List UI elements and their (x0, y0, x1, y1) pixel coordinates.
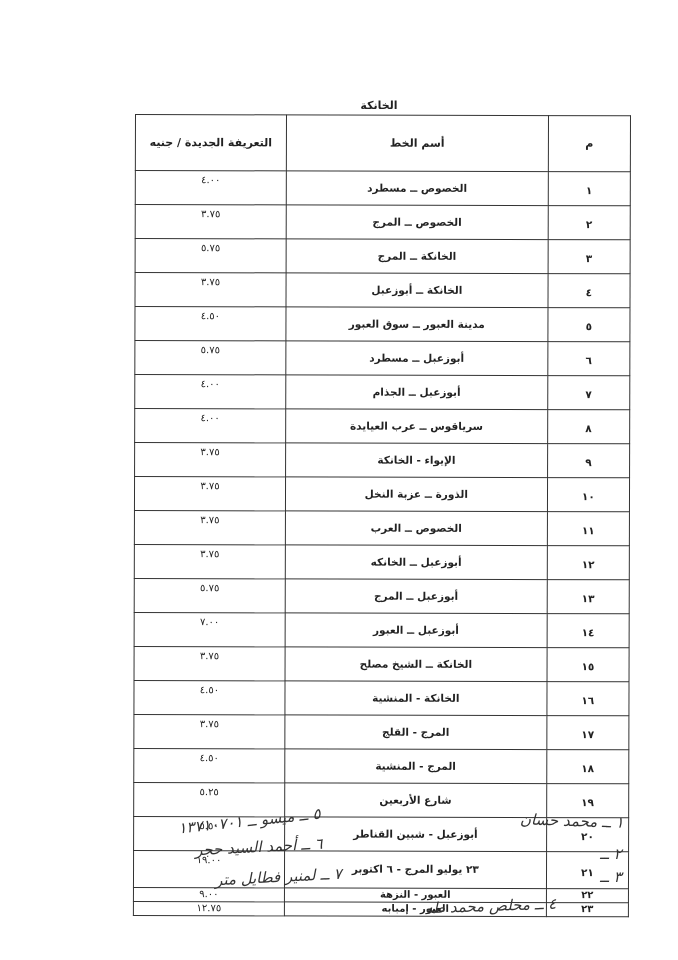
row-line-name: مدينة العبور ــ سوق العبور (286, 307, 548, 342)
table-row: ١٨ المرج - المنشية ٤.٥٠ (134, 748, 629, 783)
header-line-name: أسم الخط (286, 115, 548, 172)
row-line-name: الخصوص ــ المرج (286, 205, 548, 240)
table-row: ١٤ أبوزعبل ــ العبور ٧.٠٠ (134, 612, 629, 647)
row-line-name: أبوزعبل ــ العبور (285, 613, 547, 648)
row-number: ٦ (548, 342, 630, 376)
row-number: ١٧ (547, 716, 629, 750)
table-row: ٧ أبوزعبل ــ الجذام ٤.٠٠ (135, 375, 630, 410)
row-line-name: المرج - القلج (285, 715, 547, 750)
row-fare: ٣.٧٥ (135, 205, 286, 239)
row-number: ٣ (548, 240, 630, 274)
row-number: ١١ (547, 512, 629, 546)
table-row: ٩ الإيواء - الخانكة ٣.٧٥ (135, 443, 630, 478)
row-fare: ٤.٥٠ (134, 680, 285, 714)
table-row: ١٣ أبوزعبل ــ المرج ٥.٧٥ (134, 578, 629, 613)
row-fare: ٤.٠٠ (135, 171, 286, 205)
row-fare: ٧.٠٠ (134, 612, 285, 646)
table-row: ١٥ الخانكة ــ الشيخ مصلح ٣.٧٥ (134, 646, 629, 681)
row-fare: ٥.٧٥ (135, 239, 286, 273)
row-number: ٢٢ (546, 889, 628, 903)
table-row: ١٧ المرج - القلج ٣.٧٥ (134, 714, 629, 749)
row-fare: ٣.٧٥ (134, 477, 285, 511)
header-number: م (548, 116, 630, 172)
row-number: ٢ (548, 206, 630, 240)
row-fare: ٣.٧٥ (135, 443, 286, 477)
table-row: ١٢ أبوزعبل ــ الخانكه ٣.٧٥ (134, 544, 629, 579)
row-number: ١٢ (547, 546, 629, 580)
table-row: ١١ الخصوص ــ العرب ٣.٧٥ (134, 510, 629, 545)
handwritten-signature-3: ٣ ــ (600, 868, 622, 886)
fare-table: م أسم الخط التعريفة الجديدة / جنيه ١ الخ… (133, 114, 631, 917)
row-number: ١ (548, 172, 630, 206)
row-number: ٤ (548, 274, 630, 308)
table-row: ٦ أبوزعبل ــ مسطرد ٥.٧٥ (135, 341, 630, 376)
row-number: ٧ (547, 376, 629, 410)
row-number: ٨ (547, 410, 629, 444)
row-fare: ٣.٧٥ (134, 646, 285, 680)
table-row: ١٦ الخانكة - المنشية ٤.٥٠ (134, 680, 629, 715)
row-fare: ٥.٧٥ (134, 578, 285, 612)
row-line-name: أبوزعبل - شبين القناطر (284, 817, 546, 852)
row-number: ١٨ (546, 750, 628, 784)
row-fare: ٥.٧٥ (135, 341, 286, 375)
row-number: ١٠ (547, 478, 629, 512)
row-line-name: الخصوص ــ العرب (285, 511, 547, 546)
row-line-name: الخانكة ــ المرج (286, 239, 548, 274)
row-line-name: أبوزعبل ــ مسطرد (286, 341, 548, 376)
row-fare: ٣.٧٥ (135, 273, 286, 307)
table-row: ٥ مدينة العبور ــ سوق العبور ٤.٥٠ (135, 307, 630, 342)
row-line-name: الخانكة ــ الشيخ مصلح (285, 647, 547, 682)
row-fare: ٤.٥٠ (135, 307, 286, 341)
table-row: ١٠ الذورة ــ عزبة النخل ٣.٧٥ (134, 477, 629, 512)
row-number: ١٣ (547, 580, 629, 614)
row-number: ٩ (547, 444, 629, 478)
row-line-name: المرج - المنشية (285, 749, 547, 784)
table-row: ٢ الخصوص ــ المرج ٣.٧٥ (135, 205, 630, 240)
row-fare: ١٢.٧٥ (133, 901, 284, 915)
row-line-name: أبوزعبل ــ الجذام (286, 375, 548, 410)
handwritten-signature-1: ١ ــ محمد حسان (520, 810, 624, 832)
row-number: ١٦ (547, 682, 629, 716)
row-fare: ٤.٠٠ (135, 375, 286, 409)
row-line-name: سرياقوس ــ عرب العيايدة (286, 409, 548, 444)
table-row: ٤ الخانكة ــ أبوزعبل ٣.٧٥ (135, 273, 630, 308)
row-line-name: الذورة ــ عزبة النخل (285, 477, 547, 512)
row-fare: ٩.٠٠ (133, 887, 284, 901)
row-fare: ٤.٠٠ (135, 409, 286, 443)
row-line-name: الإيواء - الخانكة (285, 443, 547, 478)
table-row: ٨ سرياقوس ــ عرب العيايدة ٤.٠٠ (135, 409, 630, 444)
row-fare: ٤.٥٠ (134, 748, 285, 782)
row-fare: ٣.٧٥ (134, 544, 285, 578)
table-row: ٣ الخانكة ــ المرج ٥.٧٥ (135, 239, 630, 274)
row-number: ٥ (548, 308, 630, 342)
row-number: ١٥ (547, 648, 629, 682)
document-title: الخانكة (339, 99, 419, 112)
row-number: ١٤ (547, 614, 629, 648)
table-row: ١ الخصوص ــ مسطرد ٤.٠٠ (135, 171, 630, 206)
table-header-row: م أسم الخط التعريفة الجديدة / جنيه (135, 115, 630, 172)
row-fare: ٣.٧٥ (134, 714, 285, 748)
header-new-fare: التعريفة الجديدة / جنيه (135, 115, 286, 171)
row-line-name: أبوزعبل ــ الخانكه (285, 545, 547, 580)
row-line-name: الخانكة ــ أبوزعبل (286, 273, 548, 308)
handwritten-signature-2: ٢ ــ (600, 845, 622, 863)
row-fare: ٣.٧٥ (134, 510, 285, 544)
row-line-name: الخصوص ــ مسطرد (286, 171, 548, 206)
row-line-name: أبوزعبل ــ المرج (285, 579, 547, 614)
row-line-name: شارع الأربعين (285, 783, 547, 818)
row-number: ٢٣ (546, 903, 628, 917)
row-line-name: الخانكة - المنشية (285, 681, 547, 716)
